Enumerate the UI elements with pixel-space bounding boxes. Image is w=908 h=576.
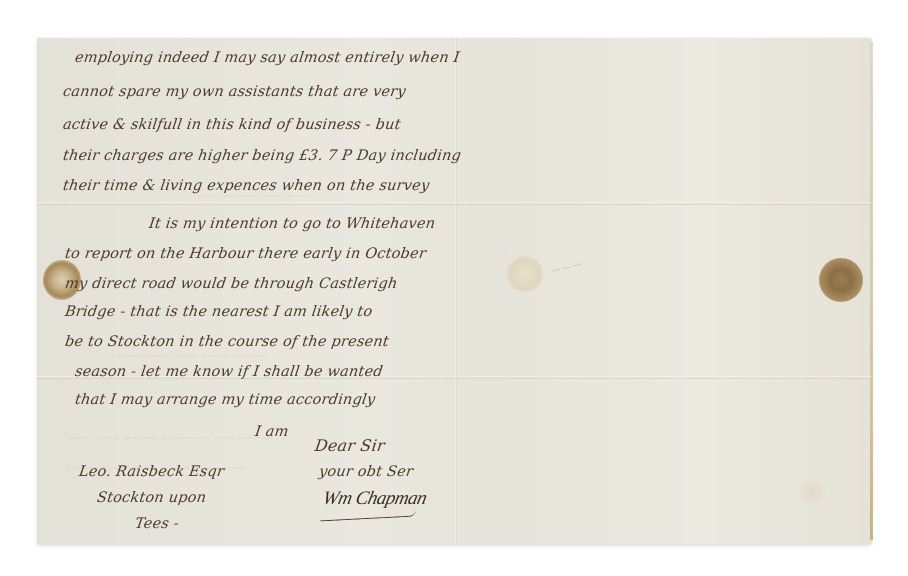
letter-line: that I may arrange my time accordingly [74, 392, 376, 408]
vertical-fold-line [455, 38, 457, 544]
horizontal-fold-line-upper [37, 202, 871, 205]
paper-stain [797, 478, 827, 506]
letter-line: active & skilfull in this kind of busine… [62, 117, 402, 133]
pencil-annotation: ~~ ~~ ~~ [551, 260, 582, 275]
wax-seal-right [819, 258, 863, 302]
addressee-place-2: Tees - [134, 516, 180, 532]
paper-edge [870, 42, 873, 540]
letter-line: their time & living expences when on the… [62, 178, 431, 194]
letter-line: to report on the Harbour there early in … [64, 246, 427, 262]
addressee-place: Stockton upon [96, 490, 207, 506]
closing-salutation: Dear Sir [314, 436, 387, 455]
signature-flourish [320, 509, 416, 521]
closing-line: your obt Ser [318, 464, 414, 480]
addressee-name: Leo. Raisbeck Esqr [78, 464, 225, 480]
show-through-text: ~~~~~ ~~~ ~~~~~~~ ~~~~~ ~~~~ ~~~ [67, 430, 273, 446]
letter-line: Bridge - that is the nearest I am likely… [64, 304, 374, 320]
letter-line: It is my intention to go to Whitehaven [148, 216, 436, 232]
letter-line: be to Stockton in the course of the pres… [64, 334, 390, 350]
closing-line: I am [254, 424, 290, 440]
signature: Wm Chapman [321, 488, 429, 510]
faint-seal-mark [507, 256, 543, 292]
letter-sheet: ~~ ~~ ~~ ~~~~ ~~~ ~~~~~ ~~~ ~~~~~ ~~~~ ~… [37, 38, 871, 544]
letter-line: their charges are higher being £3. 7 P D… [62, 148, 462, 164]
letter-line: season - let me know if I shall be wante… [74, 364, 384, 380]
letter-line: my direct road would be through Castleri… [64, 276, 399, 292]
letter-line: cannot spare my own assistants that are … [62, 84, 407, 100]
show-through-text: ~~~~~ ~~~~ ~~~ ~~~~~~~~ [117, 348, 267, 364]
letter-line: employing indeed I may say almost entire… [74, 50, 461, 66]
